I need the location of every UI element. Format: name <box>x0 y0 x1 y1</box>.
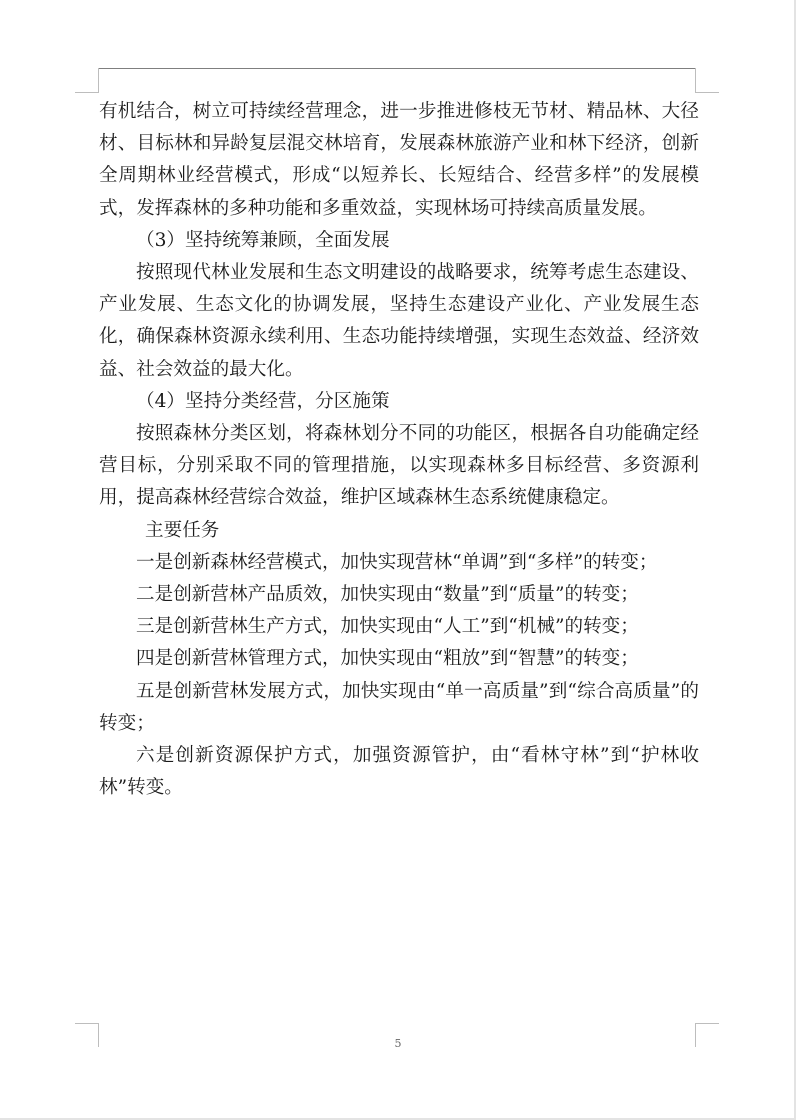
section-heading-main-tasks: 主要任务 <box>99 515 699 547</box>
task-item-4: 四是创新营林管理方式，加快实现由“粗放”到“智慧”的转变； <box>99 643 699 675</box>
header-rule <box>98 68 696 69</box>
crop-mark-bottom-right-horizontal <box>695 1023 719 1024</box>
paragraph-continuation: 有机结合，树立可持续经营理念，进一步推进修枝无节材、精品林、大径材、目标林和异龄… <box>99 96 699 225</box>
crop-mark-top-left-horizontal <box>75 92 99 93</box>
task-item-3: 三是创新营林生产方式，加快实现由“人工”到“机械”的转变； <box>99 611 699 643</box>
crop-mark-top-left-vertical <box>98 68 99 92</box>
crop-mark-bottom-right-vertical <box>695 1023 696 1047</box>
crop-mark-top-right-vertical <box>695 68 696 92</box>
crop-mark-top-right-horizontal <box>695 92 719 93</box>
paragraph-body: 按照现代林业发展和生态文明建设的战略要求，统筹考虑生态建设、产业发展、生态文化的… <box>99 257 699 386</box>
subheading-4: （4）坚持分类经营，分区施策 <box>99 386 699 418</box>
paragraph-body: 按照森林分类区划，将森林划分不同的功能区，根据各自功能确定经营目标，分别采取不同… <box>99 418 699 515</box>
crop-mark-bottom-left-vertical <box>98 1023 99 1047</box>
task-item-5: 五是创新营林发展方式，加快实现由“单一高质量”到“综合高质量”的转变； <box>99 676 699 740</box>
page-number: 5 <box>391 1037 405 1050</box>
subheading-3: （3）坚持统筹兼顾，全面发展 <box>99 225 699 257</box>
document-body: 有机结合，树立可持续经营理念，进一步推进修枝无节材、精品林、大径材、目标林和异龄… <box>99 96 699 804</box>
task-item-6: 六是创新资源保护方式，加强资源管护，由“看林守林”到“护林收林”转变。 <box>99 740 699 804</box>
task-item-2: 二是创新营林产品质效，加快实现由“数量”到“质量”的转变； <box>99 579 699 611</box>
task-item-1: 一是创新森林经营模式，加快实现营林“单调”到“多样”的转变； <box>99 547 699 579</box>
crop-mark-bottom-left-horizontal <box>75 1023 99 1024</box>
document-page: 有机结合，树立可持续经营理念，进一步推进修枝无节材、精品林、大径材、目标林和异龄… <box>0 0 796 1120</box>
